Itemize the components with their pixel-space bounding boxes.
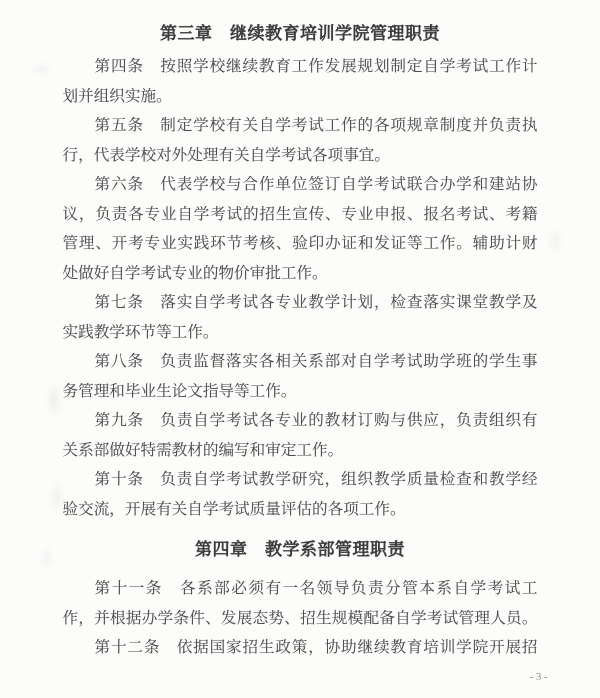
doc-line: 第九条 负责自学考试各专业的教材订购与供应，负责组织有 (63, 406, 538, 436)
doc-line: 划并组织实施。 (63, 82, 538, 112)
doc-line: 管理、开考专业实践环节考核、验印办证和发证等工作。辅助计财 (63, 229, 538, 259)
chapter-3-heading: 第三章 继续教育培训学院管理职责 (63, 19, 538, 49)
doc-line: 实践教学环节等工作。 (63, 318, 538, 348)
doc-line: 第十二条 依据国家招生政策，协助继续教育培训学院开展招 (63, 633, 538, 663)
document-body: 第三章 继续教育培训学院管理职责 第四条 按照学校继续教育工作发展规划制定自学考… (63, 0, 538, 663)
scan-artifact (40, 545, 54, 571)
doc-line: 第六条 代表学校与合作单位签订自学考试联合办学和建站协 (63, 170, 538, 200)
page-number: -3- (530, 671, 550, 683)
doc-line: 第四条 按照学校继续教育工作发展规划制定自学考试工作计 (63, 52, 538, 82)
doc-line: 处做好自学考试专业的物价审批工作。 (63, 259, 538, 289)
scan-artifact (46, 380, 62, 420)
doc-line: 行，代表学校对外处理有关自学考试各项事宜。 (63, 141, 538, 171)
doc-line: 第十条 负责自学考试教学研究，组织教学质量检查和教学经 (63, 465, 538, 495)
doc-line: 第五条 制定学校有关自学考试工作的各项规章制度并负责执 (63, 111, 538, 141)
scan-artifact (30, 62, 52, 76)
doc-line: 关系部做好特需教材的编写和审定工作。 (63, 436, 538, 466)
doc-line: 第七条 落实自学考试各专业教学计划，检查落实课堂教学及 (63, 288, 538, 318)
scanned-page: 第三章 继续教育培训学院管理职责 第四条 按照学校继续教育工作发展规划制定自学考… (0, 0, 600, 698)
scan-artifact (546, 226, 564, 256)
doc-line: 验交流，开展有关自学考试质量评估的各项工作。 (63, 495, 538, 525)
doc-line: 第八条 负责监督落实各相关系部对自学考试助学班的学生事 (63, 347, 538, 377)
chapter-4-heading: 第四章 教学系部管理职责 (63, 535, 538, 565)
doc-line: 作，并根据办学条件、发展态势、招生规模配备自学考试管理人员。 (63, 604, 538, 634)
doc-line: 第十一条 各系部必须有一名领导负责分管本系自学考试工 (63, 574, 538, 604)
doc-line: 务管理和毕业生论文指导等工作。 (63, 377, 538, 407)
doc-line: 议，负责各专业自学考试的招生宣传、专业申报、报名考试、考籍 (63, 200, 538, 230)
